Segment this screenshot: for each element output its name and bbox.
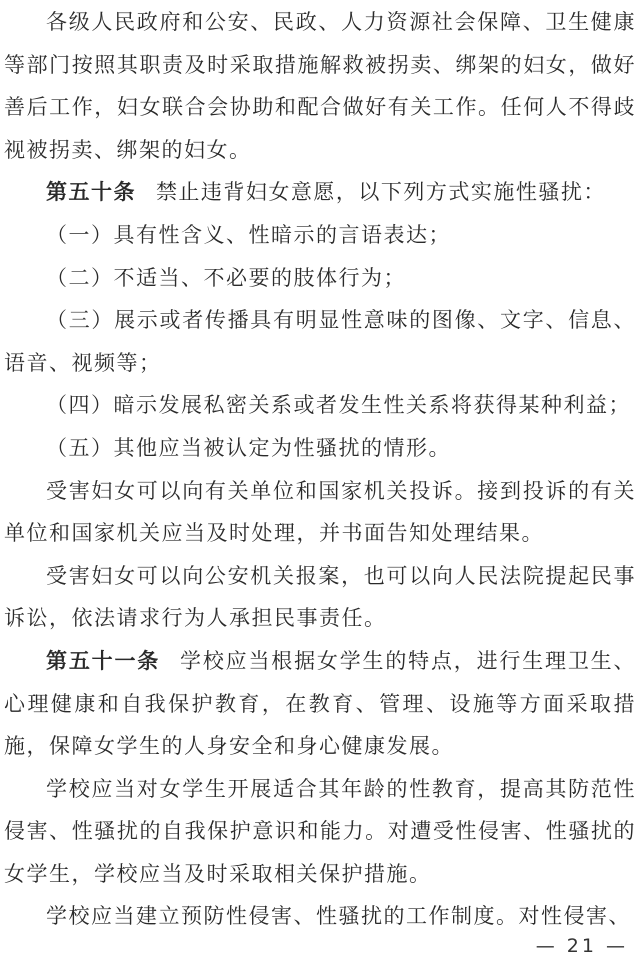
- article-paragraph: 第五十一条学校应当根据女学生的特点，进行生理卫生、心理健康和自我保护教育，在教育…: [4, 640, 636, 768]
- paragraph-text: 各级人民政府和公安、民政、人力资源社会保障、卫生健康等部门按照其职责及时采取措施…: [4, 10, 636, 162]
- body-paragraph: 受害妇女可以向公安机关报案，也可以向人民法院提起民事诉讼，依法请求行为人承担民事…: [4, 555, 636, 640]
- article-number-label: 第五十一条: [46, 649, 160, 673]
- paragraph-text: （四）暗示发展私密关系或者发生性关系将获得某种利益；: [46, 393, 631, 417]
- body-paragraph: 学校应当建立预防性侵害、性骚扰的工作制度。对性侵害、: [4, 895, 636, 938]
- list-item-paragraph: （五）其他应当被认定为性骚扰的情形。: [4, 427, 636, 470]
- list-item-paragraph: （三）展示或者传播具有明显性意味的图像、文字、信息、语音、视频等；: [4, 299, 636, 384]
- list-item-paragraph: （一）具有性含义、性暗示的言语表达；: [4, 214, 636, 257]
- paragraph-text: 受害妇女可以向公安机关报案，也可以向人民法院提起民事诉讼，依法请求行为人承担民事…: [4, 564, 636, 631]
- body-paragraph: 各级人民政府和公安、民政、人力资源社会保障、卫生健康等部门按照其职责及时采取措施…: [4, 1, 636, 171]
- paragraph-text: 学校应当对女学生开展适合其年龄的性教育，提高其防范性侵害、性骚扰的自我保护意识和…: [4, 777, 636, 886]
- article-paragraph: 第五十条禁止违背妇女意愿，以下列方式实施性骚扰：: [4, 171, 636, 214]
- paragraph-text: （二）不适当、不必要的肢体行为；: [46, 266, 406, 290]
- list-item-paragraph: （四）暗示发展私密关系或者发生性关系将获得某种利益；: [4, 384, 636, 427]
- page-number: — 21 —: [536, 935, 628, 957]
- document-page: 各级人民政府和公安、民政、人力资源社会保障、卫生健康等部门按照其职责及时采取措施…: [0, 0, 640, 938]
- body-paragraph: 受害妇女可以向有关单位和国家机关投诉。接到投诉的有关单位和国家机关应当及时处理，…: [4, 470, 636, 555]
- article-number-label: 第五十条: [46, 180, 136, 204]
- body-paragraph: 学校应当对女学生开展适合其年龄的性教育，提高其防范性侵害、性骚扰的自我保护意识和…: [4, 768, 636, 896]
- paragraph-text: （一）具有性含义、性暗示的言语表达；: [46, 223, 451, 247]
- paragraph-text: 受害妇女可以向有关单位和国家机关投诉。接到投诉的有关单位和国家机关应当及时处理，…: [4, 479, 636, 546]
- paragraph-text: 禁止违背妇女意愿，以下列方式实施性骚扰：: [156, 180, 606, 204]
- list-item-paragraph: （二）不适当、不必要的肢体行为；: [4, 257, 636, 300]
- paragraph-text: （三）展示或者传播具有明显性意味的图像、文字、信息、语音、视频等；: [4, 308, 636, 375]
- paragraph-text: （五）其他应当被认定为性骚扰的情形。: [46, 436, 451, 460]
- paragraph-text: 学校应当建立预防性侵害、性骚扰的工作制度。对性侵害、: [46, 904, 631, 928]
